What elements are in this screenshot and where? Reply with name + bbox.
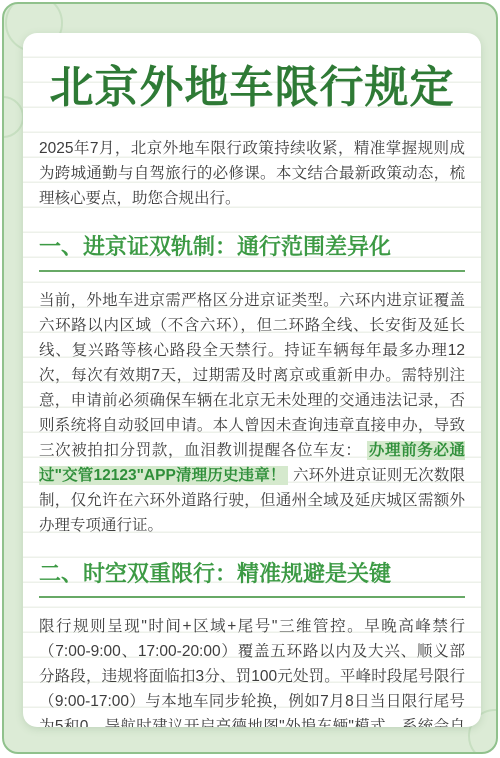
section-1-text-before: 当前，外地车进京需严格区分进京证类型。六环内进京证覆盖六环路以内区域（不含六环）… <box>39 292 465 459</box>
green-background-panel: 北京外地车限行规定 2025年7月，北京外地车限行政策持续收紧，精准掌握规则成为… <box>2 2 498 754</box>
section-2-paragraph: 限行规则呈现"时间+区域+尾号"三维管控。早晚高峰禁行（7:00-9:00、17… <box>39 614 465 727</box>
section-1-paragraph: 当前，外地车进京需严格区分进京证类型。六环内进京证覆盖六环路以内区域（不含六环）… <box>39 288 465 538</box>
section-heading-1: 一、进京证双轨制：通行范围差异化 <box>39 233 465 272</box>
section-heading-2: 二、时空双重限行：精准规避是关键 <box>39 560 465 599</box>
article-card: 北京外地车限行规定 2025年7月，北京外地车限行政策持续收紧，精准掌握规则成为… <box>23 33 481 727</box>
page-title: 北京外地车限行规定 <box>38 59 466 116</box>
circle-decoration-left <box>2 96 24 138</box>
intro-paragraph: 2025年7月，北京外地车限行政策持续收紧，精准掌握规则成为跨城通勤与自驾旅行的… <box>39 136 465 211</box>
